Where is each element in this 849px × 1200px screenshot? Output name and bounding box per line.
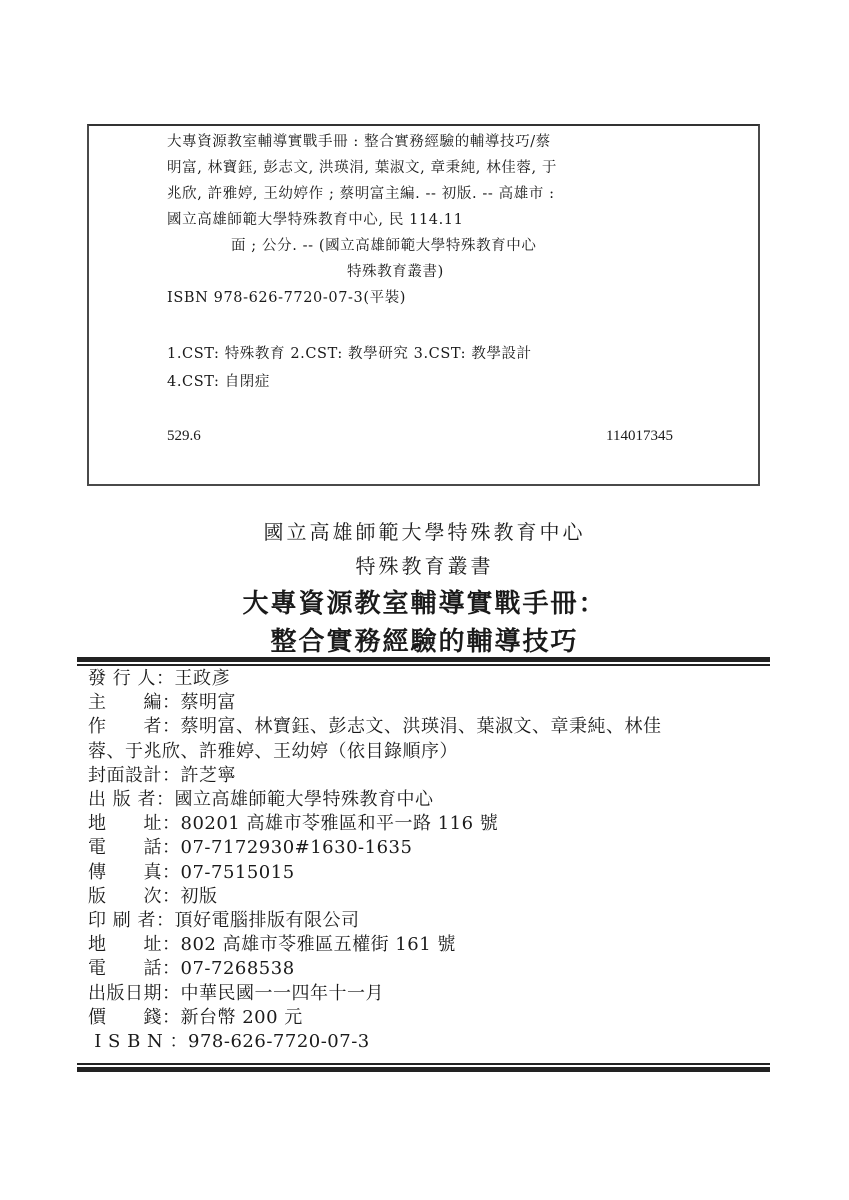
colophon-row: 出版日期：中華民國一一四年十一月 [88, 982, 768, 1006]
colophon-row-isbn: I S B N ：978-626-7720-07-3 [88, 1030, 768, 1054]
cip-line: 特殊教育叢書) [347, 262, 444, 282]
colophon-row: 價 錢：新台幣 200 元 [88, 1006, 768, 1030]
cip-subject-line: 4.CST: 自閉症 [167, 372, 270, 392]
cip-isbn-line: ISBN 978-626-7720-07-3(平裝) [167, 288, 406, 308]
cip-catalog-box: 大專資源教室輔導實戰手冊 : 整合實務經驗的輔導技巧/蔡 明富, 林寶鈺, 彭志… [87, 124, 760, 486]
colophon-row: 版 次：初版 [88, 885, 768, 909]
colophon-row: 印 刷 者：頂好電腦排版有限公司 [88, 909, 768, 933]
colophon-row: 主 編：蔡明富 [88, 691, 768, 715]
colophon-row: 地 址：80201 高雄市苓雅區和平一路 116 號 [88, 812, 768, 836]
colophon-row: 作 者：蔡明富、林寶鈺、彭志文、洪瑛涓、葉淑文、章秉純、林佳 [88, 715, 768, 739]
colophon-row: 發 行 人：王政彥 [88, 667, 768, 691]
book-title-line-2: 整合實務經驗的輔導技巧 [0, 621, 849, 658]
colophon-row: 出 版 者：國立高雄師範大學特殊教育中心 [88, 788, 768, 812]
cip-line: 大專資源教室輔導實戰手冊 : 整合實務經驗的輔導技巧/蔡 [167, 132, 551, 152]
book-title-line-1: 大專資源教室輔導實戰手冊： [0, 583, 849, 620]
colophon-row: 傳 真：07-7515015 [88, 861, 768, 885]
colophon-row: 封面設計：許芝寧 [88, 764, 768, 788]
colophon-row: 電 話：07-7172930#1630-1635 [88, 836, 768, 860]
series-heading: 特殊教育叢書 [0, 550, 849, 579]
organization-heading: 國立高雄師範大學特殊教育中心 [0, 516, 849, 545]
colophon-row: 地 址：802 高雄市苓雅區五權街 161 號 [88, 933, 768, 957]
cip-line: 兆欣, 許雅婷, 王幼婷作 ; 蔡明富主編. -- 初版. -- 高雄市 : [167, 184, 555, 204]
colophon: 發 行 人：王政彥 主 編：蔡明富 作 者：蔡明富、林寶鈺、彭志文、洪瑛涓、葉淑… [88, 667, 768, 1054]
record-number: 114017345 [606, 428, 673, 445]
bottom-double-rule [77, 1063, 770, 1072]
cip-subject-line: 1.CST: 特殊教育 2.CST: 教學研究 3.CST: 教學設計 [167, 344, 532, 364]
top-double-rule [77, 657, 770, 666]
cip-line: 國立高雄師範大學特殊教育中心, 民 114.11 [167, 210, 463, 230]
cip-line: 明富, 林寶鈺, 彭志文, 洪瑛涓, 葉淑文, 章秉純, 林佳蓉, 于 [167, 158, 557, 178]
colophon-row: 電 話：07-7268538 [88, 957, 768, 981]
colophon-row-continued: 蓉、于兆欣、許雅婷、王幼婷（依目錄順序） [88, 740, 768, 764]
classification-number: 529.6 [167, 428, 201, 445]
cip-line: 面 ; 公分. -- (國立高雄師範大學特殊教育中心 [231, 236, 537, 256]
